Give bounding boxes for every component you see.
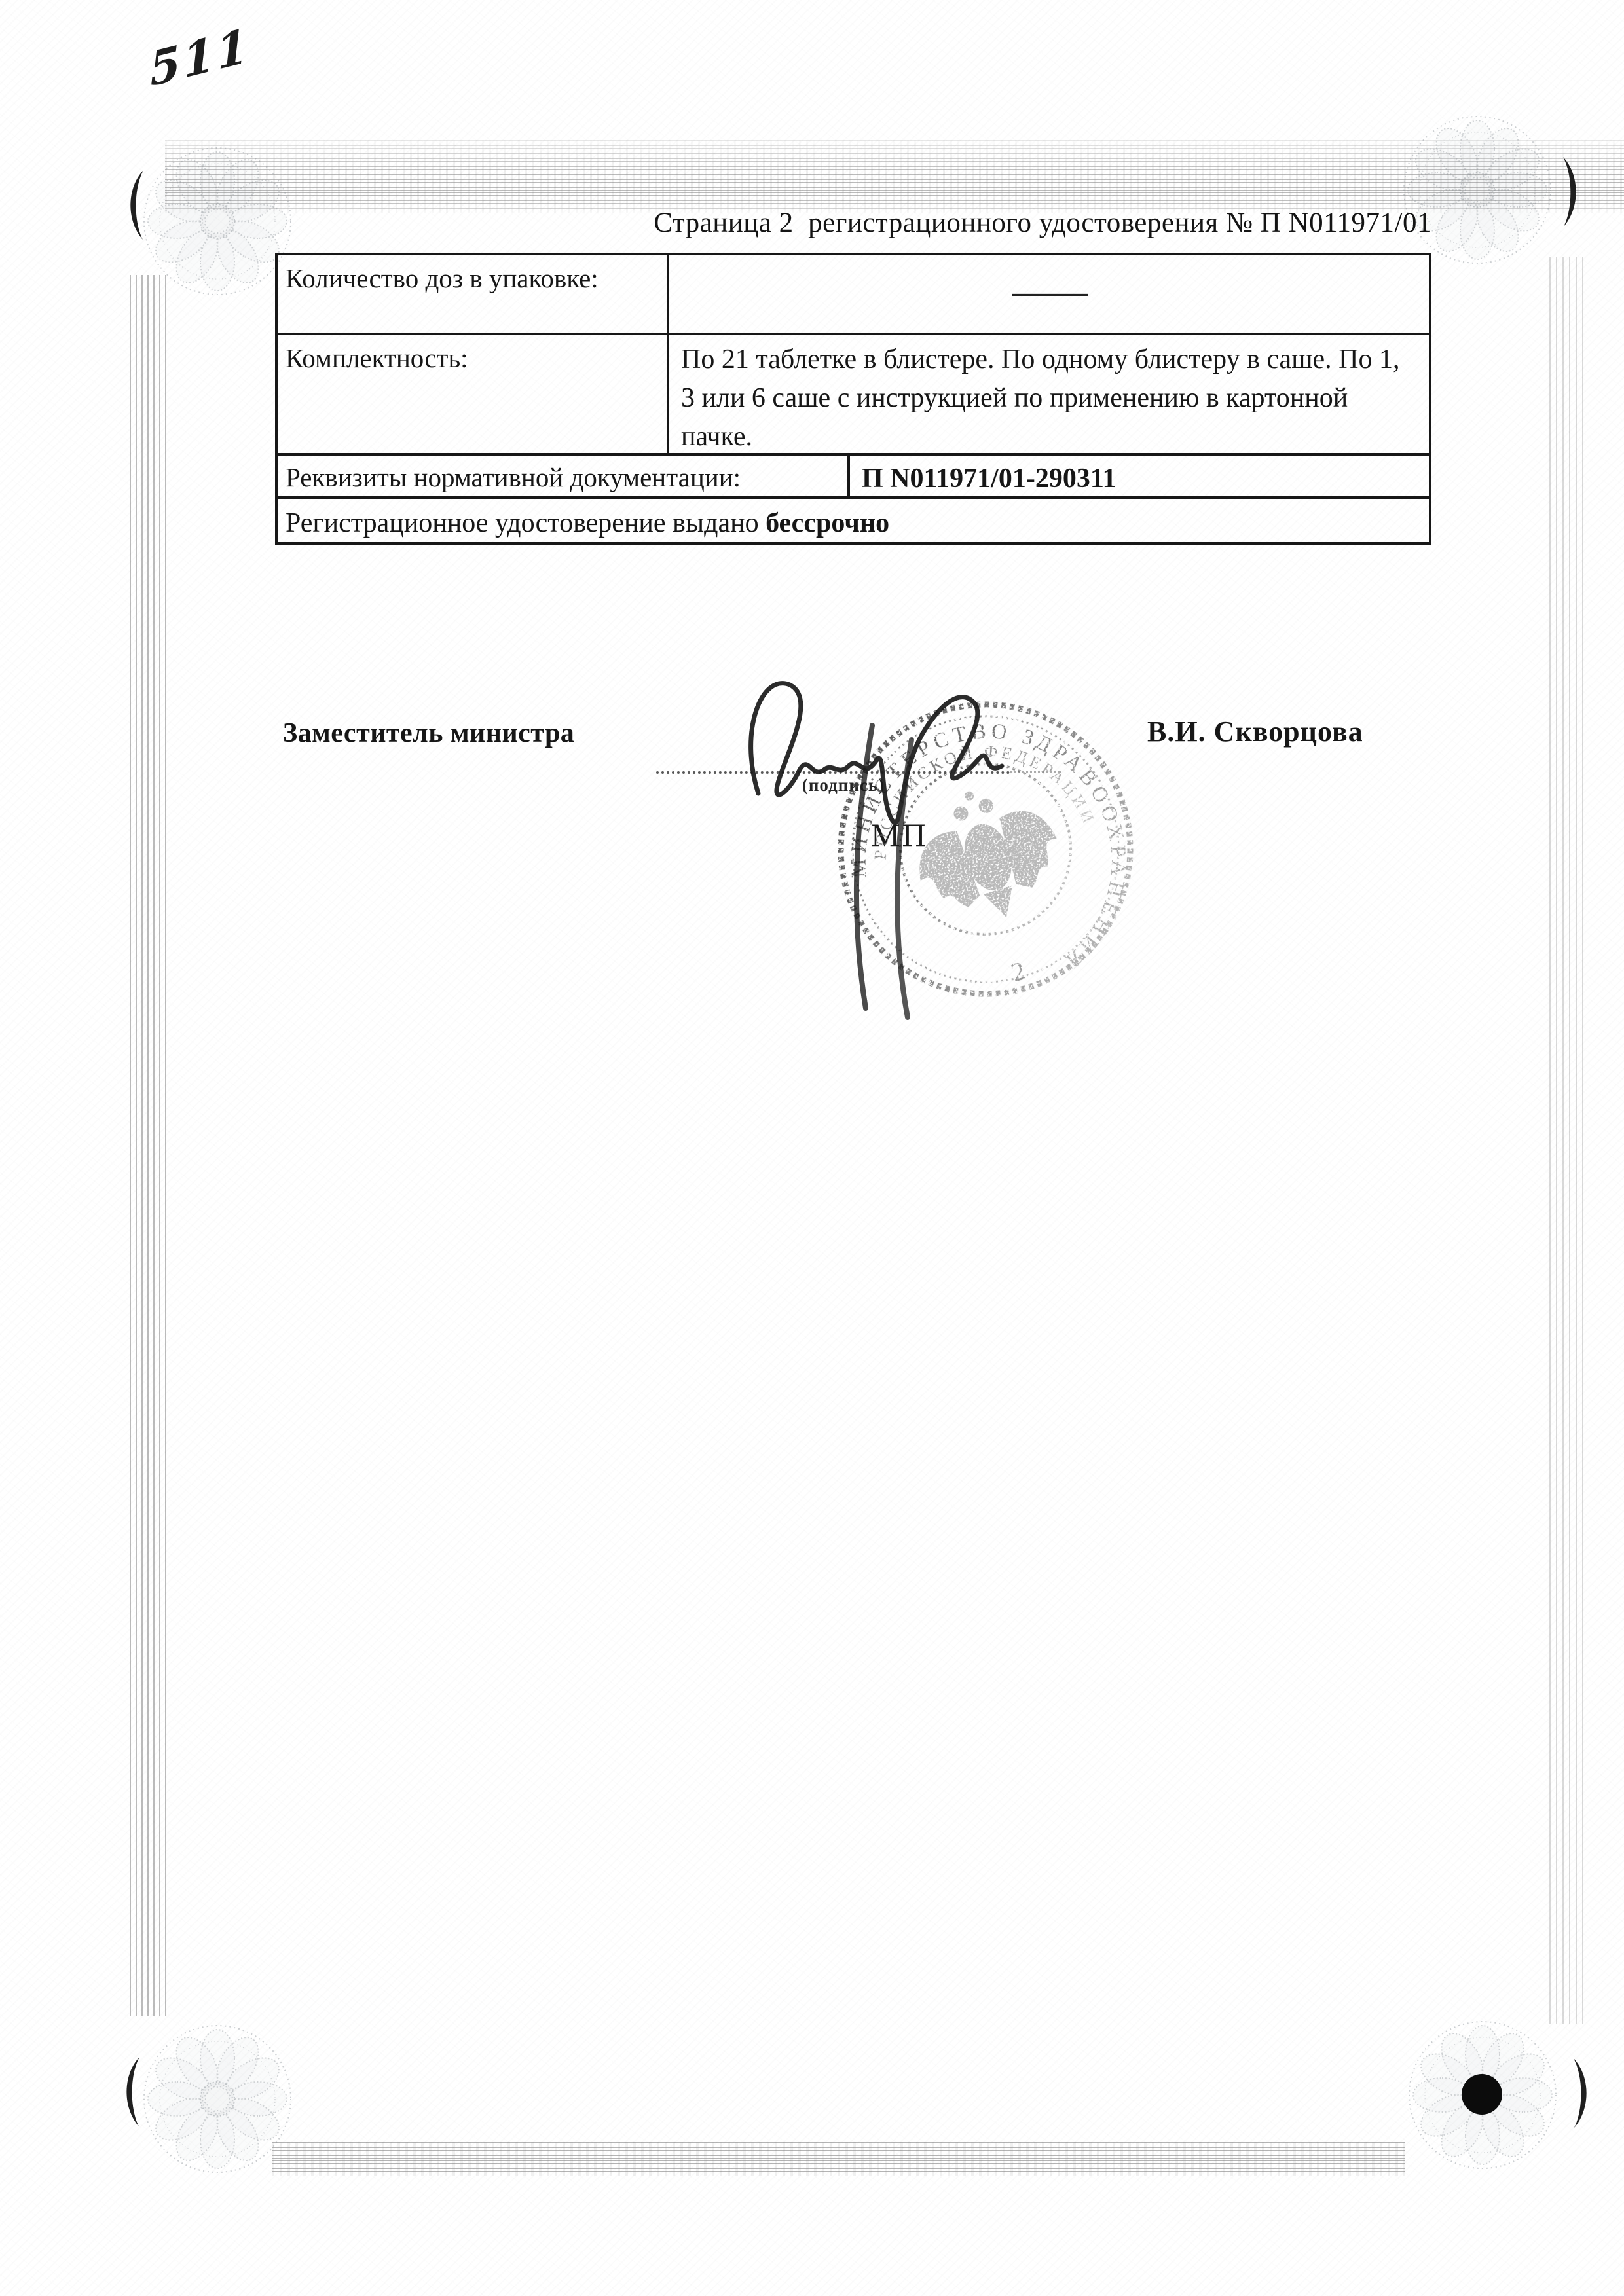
- svg-text:РОССИЙСКОЙ ФЕДЕРАЦИИ: РОССИЙСКОЙ ФЕДЕРАЦИИ: [847, 713, 1100, 890]
- signer-name: В.И. Скворцова: [1147, 715, 1363, 748]
- seal-place-mark: МП: [871, 816, 928, 854]
- stamp-number: 2: [1008, 956, 1029, 988]
- border-crescent-top-right: [1561, 156, 1585, 228]
- page-title: Страница 2 регистрационного удостоверени…: [275, 207, 1431, 239]
- border-crescent-bottom-right: [1572, 2057, 1595, 2129]
- signature-line: [656, 749, 1010, 774]
- stamp-inner-ring-text: РОССИЙСКОЙ ФЕДЕРАЦИИ: [847, 713, 1100, 890]
- signature-caption: (подпись): [758, 775, 929, 795]
- guilloche-border-left: [130, 275, 168, 2016]
- corner-rosette-bottom-left: [139, 2020, 296, 2178]
- registration-table: Количество доз в упаковке: — Комплектнос…: [275, 253, 1431, 545]
- table-row: Количество доз в упаковке: —: [278, 255, 1429, 333]
- dash-placeholder: —: [90, 272, 1624, 313]
- table-row: Комплектность: По 21 таблетке в блистере…: [278, 333, 1429, 453]
- row-value: П N011971/01-290311: [850, 456, 1429, 496]
- row-value: —: [669, 255, 1429, 333]
- scanned-certificate-page: { "page": { "handwritten_number": "511",…: [0, 0, 1624, 2296]
- stamp-eagle-emblem: [900, 771, 1075, 938]
- table-row: Регистрационное удостоверение выдано бес…: [278, 496, 1429, 542]
- guilloche-border-right: [1549, 257, 1583, 2024]
- border-crescent-bottom-left: [118, 2056, 141, 2128]
- row-label: Реквизиты нормативной документации:: [278, 456, 850, 496]
- signature-line-extension: [1010, 749, 1061, 773]
- handwritten-page-number: 511: [147, 17, 251, 97]
- border-crescent-top-left: [122, 169, 145, 241]
- row-value: Регистрационное удостоверение выдано бес…: [278, 499, 1429, 542]
- signer-position-title: Заместитель министра: [283, 718, 574, 749]
- row-value: По 21 таблетке в блистере. По одному бли…: [669, 335, 1429, 453]
- table-row: Реквизиты нормативной документации: П N0…: [278, 453, 1429, 496]
- guilloche-border-bottom: [272, 2142, 1405, 2176]
- punch-hole-dot: [1462, 2074, 1502, 2115]
- row-text-bold: бессрочно: [766, 508, 889, 538]
- row-text: Регистрационное удостоверение выдано: [286, 508, 759, 538]
- row-label: Комплектность:: [278, 335, 669, 453]
- corner-rosette-top-right: [1399, 111, 1556, 268]
